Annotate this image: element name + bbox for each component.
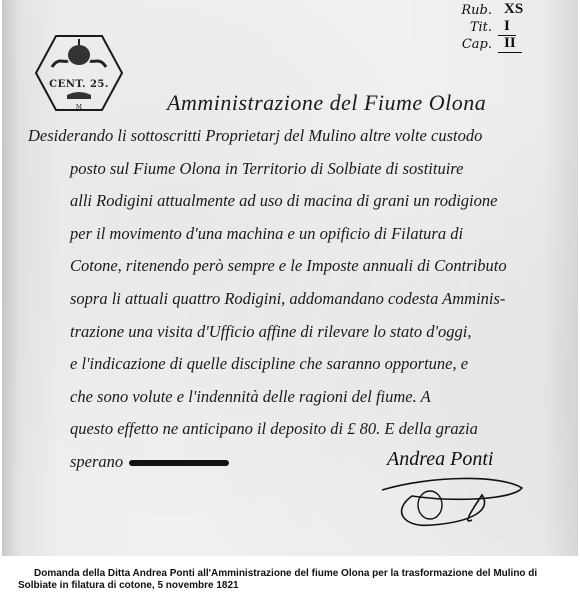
tax-stamp: CENT. 25. M — [34, 33, 124, 113]
archive-value: I — [498, 19, 516, 36]
crown-stamp-icon — [34, 33, 124, 113]
archive-label: Tit. — [456, 19, 492, 36]
letter-line: Cotone, ritenendo però sempre e le Impos… — [22, 250, 570, 283]
archive-row: Cap. II — [456, 36, 529, 53]
signature-flourish-icon — [372, 470, 532, 530]
letter-line: e l'indicazione di quelle discipline che… — [22, 348, 570, 381]
caption-line-1: Domanda della Ditta Andrea Ponti all'Amm… — [18, 568, 568, 580]
ink-stroke — [129, 460, 229, 466]
stamp-mark: M — [34, 104, 124, 111]
photo-caption: Domanda della Ditta Andrea Ponti all'Amm… — [18, 568, 568, 592]
archive-value: II — [498, 36, 522, 53]
archive-value: XS — [498, 2, 529, 19]
letter-line: per il movimento d'una machina e un opif… — [22, 218, 570, 251]
letter-line: che sono volute e l'indennità delle ragi… — [22, 381, 570, 414]
letter-closing: sperano — [70, 452, 123, 471]
archive-label: Rub. — [456, 2, 492, 19]
stamp-value: CENT. 25. — [34, 79, 124, 90]
archive-row: Rub. XS — [456, 2, 529, 19]
letter-line: trazione una visita d'Ufficio affine di … — [22, 316, 570, 349]
caption-line-2: Solbiate in filatura di cotone, 5 novemb… — [18, 580, 239, 591]
letter-line: sopra li attuali quattro Rodigini, addom… — [22, 283, 570, 316]
letter-line: questo effetto ne anticipano il deposito… — [22, 413, 570, 446]
archive-row: Tit. I — [456, 19, 529, 36]
letter-body: Desiderando li sottoscritti Proprietarj … — [22, 120, 570, 479]
archive-reference: Rub. XS Tit. I Cap. II — [456, 2, 529, 53]
letter-line: posto sul Fiume Olona in Territorio di S… — [22, 153, 570, 186]
signature: Andrea Ponti — [387, 448, 493, 471]
letter-line: alli Rodigini attualmente ad uso di maci… — [22, 185, 570, 218]
document-photo: CENT. 25. M Rub. XS Tit. I Cap. II Ammin… — [2, 0, 578, 556]
archive-label: Cap. — [456, 36, 492, 53]
letter-line: Desiderando li sottoscritti Proprietarj … — [22, 120, 570, 153]
letter-heading: Amministrazione del Fiume Olona — [167, 90, 486, 116]
